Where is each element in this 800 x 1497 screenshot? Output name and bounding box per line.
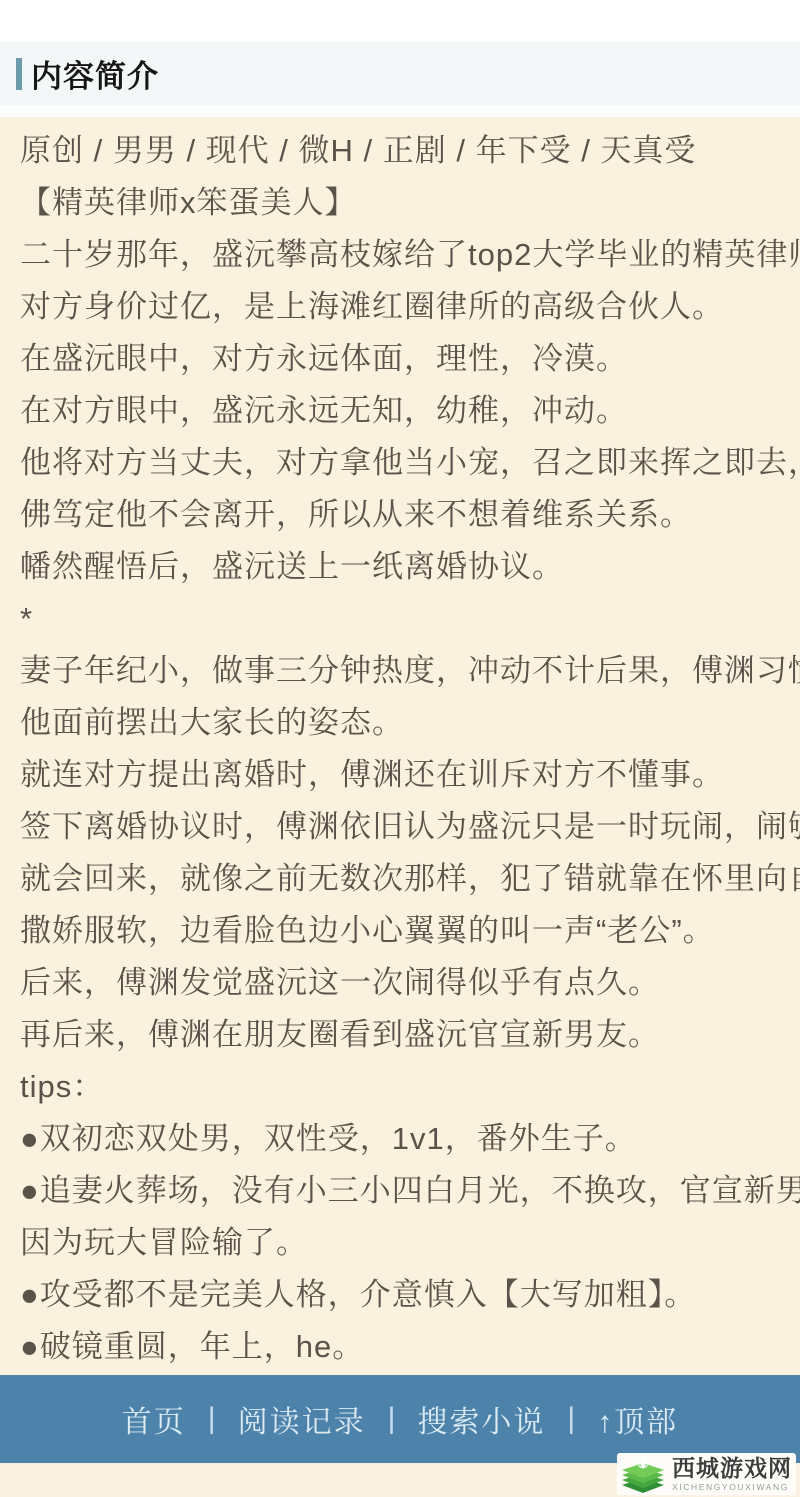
synopsis-line: 二十岁那年，盛沅攀高枝嫁给了top2大学毕业的精英律师， — [20, 229, 800, 281]
synopsis-line: 撒娇服软，边看脸色边小心翼翼的叫一声“老公”。 — [20, 905, 800, 957]
synopsis-line: 就连对方提出离婚时，傅渊还在训斥对方不懂事。 — [20, 749, 800, 801]
synopsis-content: 原创 / 男男 / 现代 / 微H / 正剧 / 年下受 / 天真受【精英律师x… — [0, 117, 800, 1375]
nav-separator: | — [567, 1402, 575, 1436]
header-divider — [0, 105, 800, 117]
synopsis-line: 他将对方当丈夫，对方拿他当小宠，召之即来挥之即去，仿 — [20, 437, 800, 489]
nav-item: | 阅读记录 — [186, 1397, 366, 1441]
synopsis-line: 就会回来，就像之前无数次那样，犯了错就靠在怀里向自己 — [20, 853, 800, 905]
nav-separator: | — [208, 1402, 216, 1436]
synopsis-line: 因为玩大冒险输了。 — [20, 1217, 800, 1269]
site-watermark: 西城游戏网 XICHENGYOUXIWANG — [617, 1453, 796, 1495]
synopsis-line: ●破镜重圆，年上，he。 — [20, 1321, 800, 1373]
synopsis-line: ●攻受都不是完美人格，介意慎入【大写加粗】。 — [20, 1269, 800, 1321]
watermark-text: 西城游戏网 XICHENGYOUXIWANG — [672, 1457, 792, 1492]
nav-item: | 搜索小说 — [366, 1397, 546, 1441]
synopsis-line: ●追妻火葬场，没有小三小四白月光，不换攻，官宣新男友是 — [20, 1165, 800, 1217]
watermark-romanized: XICHENGYOUXIWANG — [672, 1483, 792, 1492]
synopsis-line: 签下离婚协议时，傅渊依旧认为盛沅只是一时玩闹，闹够了 — [20, 801, 800, 853]
nav-item: | ↑顶部 — [545, 1397, 678, 1441]
nav-link[interactable]: 首页 — [122, 1397, 186, 1441]
nav-separator: | — [388, 1402, 396, 1436]
section-header: 内容简介 — [0, 42, 800, 105]
synopsis-line: 幡然醒悟后，盛沅送上一纸离婚协议。 — [20, 541, 800, 593]
nav-link[interactable]: 阅读记录 — [238, 1397, 366, 1441]
page-title: 内容简介 — [31, 51, 159, 96]
synopsis-line: 再后来，傅渊在朋友圈看到盛沅官宣新男友。 — [20, 1009, 800, 1061]
nav-link[interactable]: ↑顶部 — [597, 1397, 678, 1441]
synopsis-line: 他面前摆出大家长的姿态。 — [20, 697, 800, 749]
title-accent-bar — [16, 58, 22, 90]
synopsis-line: 佛笃定他不会离开，所以从来不想着维系关系。 — [20, 489, 800, 541]
synopsis-line: * — [20, 593, 800, 645]
synopsis-line: 【精英律师x笨蛋美人】 — [20, 177, 800, 229]
nav-link[interactable]: 搜索小说 — [417, 1397, 545, 1441]
top-bar — [0, 0, 800, 42]
synopsis-line: 对方身价过亿，是上海滩红圈律所的高级合伙人。 — [20, 281, 800, 333]
synopsis-line: 原创 / 男男 / 现代 / 微H / 正剧 / 年下受 / 天真受 — [20, 125, 800, 177]
nav-item: 首页 — [122, 1397, 186, 1441]
synopsis-line: 在盛沅眼中，对方永远体面，理性，冷漠。 — [20, 333, 800, 385]
synopsis-line: 在对方眼中，盛沅永远无知，幼稚，冲动。 — [20, 385, 800, 437]
synopsis-line: 妻子年纪小，做事三分钟热度，冲动不计后果，傅渊习惯在 — [20, 645, 800, 697]
bottom-nav: 首页 | 阅读记录 | 搜索小说 | ↑顶部 — [0, 1375, 800, 1463]
stacked-leaves-logo-icon — [619, 1454, 667, 1494]
synopsis-line: tips： — [20, 1061, 800, 1113]
synopsis-line: ●双初恋双处男，双性受，1v1，番外生子。 — [20, 1113, 800, 1165]
watermark-brand: 西城游戏网 — [672, 1457, 792, 1480]
synopsis-line: 后来，傅渊发觉盛沅这一次闹得似乎有点久。 — [20, 957, 800, 1009]
